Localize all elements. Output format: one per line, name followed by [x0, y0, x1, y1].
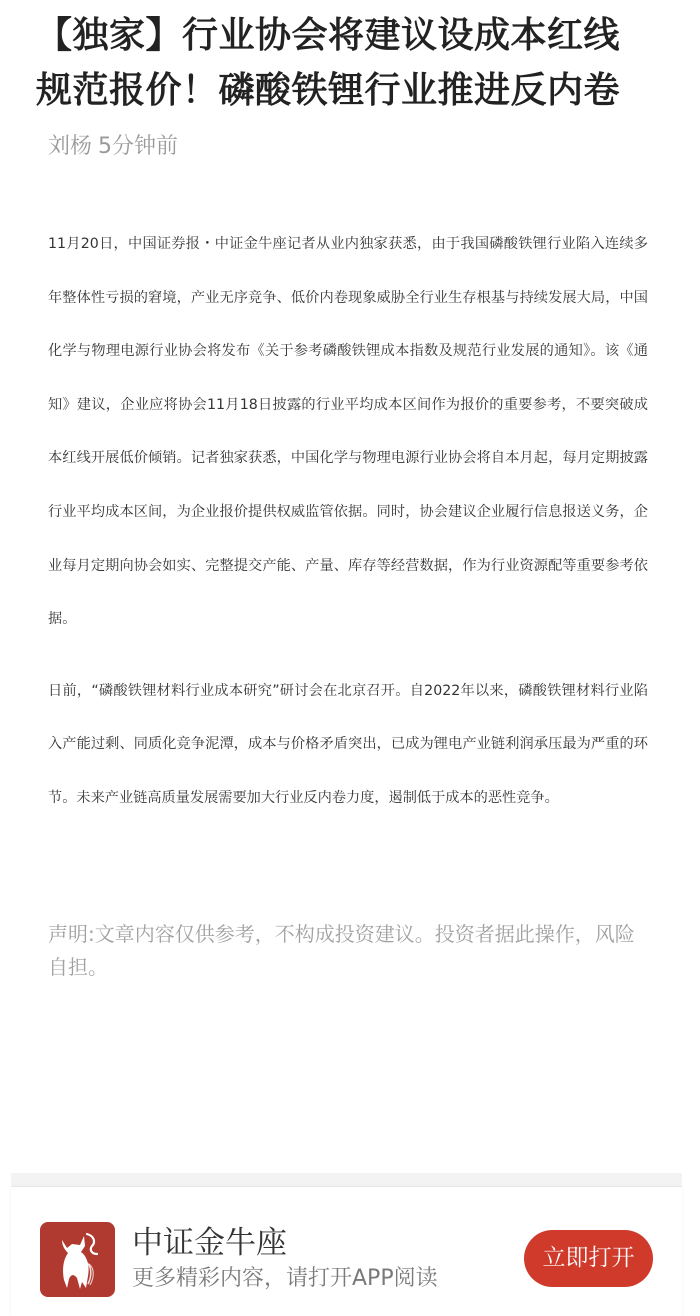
article: 【独家】行业协会将建议设成本红线规范报价！磷酸铁锂行业推进反内卷 刘杨5分钟前 … [48, 0, 648, 984]
article-paragraph: 日前，“磷酸铁锂材料行业成本研究”研讨会在北京召开。自2022年以来，磷酸铁锂材… [48, 665, 648, 826]
open-app-button[interactable]: 立即打开 [524, 1230, 653, 1287]
app-subtitle: 更多精彩内容，请打开APP阅读 [132, 1264, 438, 1294]
app-name: 中证金牛座 [132, 1223, 287, 1263]
article-title: 【独家】行业协会将建议设成本红线规范报价！磷酸铁锂行业推进反内卷 [36, 0, 648, 118]
bull-logo-icon [40, 1222, 115, 1297]
article-paragraph: 11月20日，中国证券报・中证金牛座记者从业内独家获悉，由于我国磷酸铁锂行业陷入… [48, 218, 648, 647]
app-download-banner[interactable]: 中证金牛座 更多精彩内容，请打开APP阅读 立即打开 [11, 1187, 682, 1316]
article-author: 刘杨 [48, 134, 92, 159]
disclaimer: 声明:文章内容仅供参考，不构成投资建议。投资者据此操作，风险自担。 [48, 918, 648, 984]
article-time: 5分钟前 [98, 134, 178, 159]
article-meta: 刘杨5分钟前 [48, 132, 648, 162]
article-body: 11月20日，中国证券报・中证金牛座记者从业内独家获悉，由于我国磷酸铁锂行业陷入… [48, 218, 648, 826]
banner-divider [11, 1173, 682, 1187]
